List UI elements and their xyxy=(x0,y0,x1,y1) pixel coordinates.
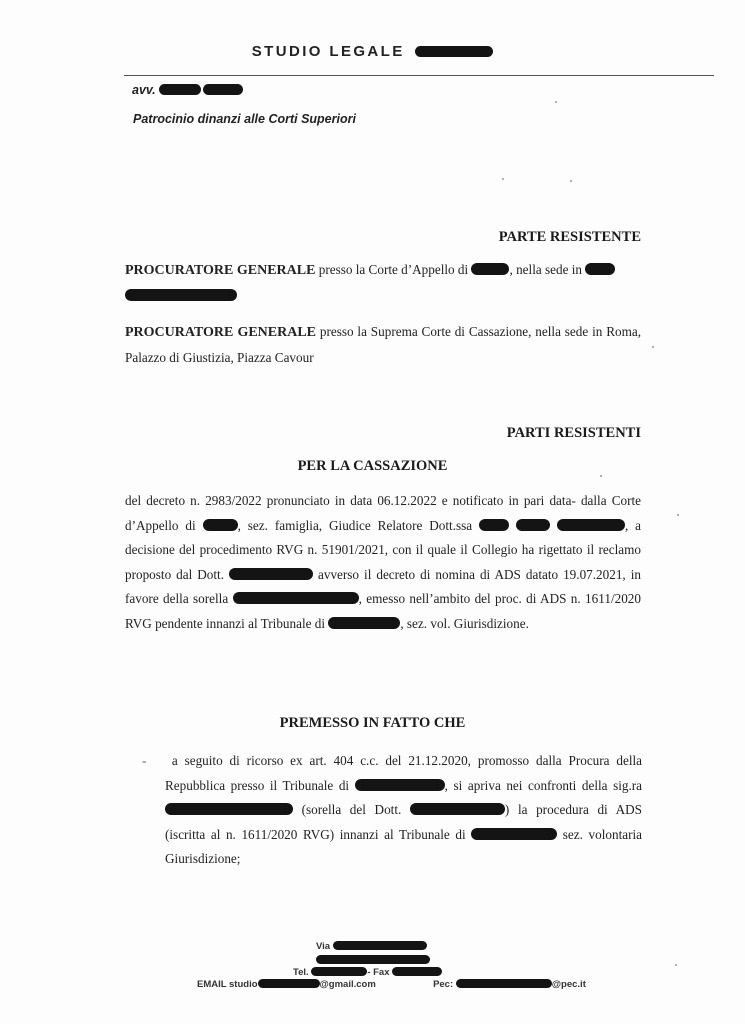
entry-2-bold: PROCURATORE GENERALE xyxy=(125,325,316,340)
redacted-claimant-name xyxy=(410,803,505,815)
scan-speck xyxy=(675,964,677,966)
parte-resistente-entry-1: PROCURATORE GENERALE presso la Corte d’A… xyxy=(125,258,641,308)
redacted-judge-middle-name xyxy=(516,519,550,531)
bullet-dash: - xyxy=(142,753,146,769)
scan-speck xyxy=(600,475,602,477)
redacted-email-user xyxy=(258,979,320,988)
entry-1-text-2: , nella sede in xyxy=(509,262,585,277)
heading-per-la-cassazione: PER LA CASSAZIONE xyxy=(0,458,745,475)
premesso-paragraph: a seguito di ricorso ex art. 404 c.c. de… xyxy=(165,749,642,872)
redacted-sister-name xyxy=(165,803,293,815)
redacted-city xyxy=(471,263,509,275)
pec-domain: @pec.it xyxy=(552,979,586,990)
document-page: STUDIO LEGALE avv. Patrocinio dinanzi al… xyxy=(0,0,745,1024)
pec-label: Pec: xyxy=(433,979,453,990)
redacted-city xyxy=(203,519,238,531)
scan-speck xyxy=(652,346,654,348)
footer-phone-line: Tel. - Fax xyxy=(0,967,745,978)
redacted-phone xyxy=(311,967,367,976)
redacted-studio-name xyxy=(415,46,493,57)
letterhead-title: STUDIO LEGALE xyxy=(0,43,745,60)
footer-address-line: Via xyxy=(0,941,745,952)
redacted-tribunal-city xyxy=(471,828,557,840)
lawyer-prefix: avv. xyxy=(132,83,156,97)
redacted-judge-first-name xyxy=(479,519,509,531)
redacted-sede xyxy=(585,263,615,275)
heading-parti-resistenti: PARTI RESISTENTI xyxy=(507,425,641,442)
footer-email-line: EMAIL studio@gmail.com Pec: @pec.it xyxy=(0,979,745,990)
redacted-lawyer-last-name xyxy=(203,84,243,95)
redacted-city-zip xyxy=(316,955,430,964)
redacted-tribunal-city xyxy=(355,779,445,791)
scan-speck xyxy=(570,180,572,182)
heading-parte-resistente: PARTE RESISTENTE xyxy=(499,229,641,246)
lawyer-name: avv. xyxy=(132,83,243,97)
entry-1-bold: PROCURATORE GENERALE xyxy=(125,263,315,278)
premesso-text-3: (sorella del Dott. xyxy=(293,802,410,817)
scan-speck xyxy=(555,101,557,103)
footer-address-line-2 xyxy=(0,955,745,966)
redacted-fax xyxy=(392,967,442,976)
redacted-pec-user xyxy=(456,979,552,988)
cassazione-text-6: , sez. vol. Giurisdizione. xyxy=(400,616,529,631)
redacted-judge-last-name xyxy=(557,519,625,531)
redacted-address xyxy=(125,289,237,301)
redacted-tribunal-city xyxy=(328,617,400,629)
redacted-claimant-name xyxy=(229,568,313,580)
redacted-sister-name xyxy=(233,592,359,604)
email-domain: @gmail.com xyxy=(320,979,376,990)
cassazione-text-2: , sez. famiglia, Giudice Relatore Dott.s… xyxy=(238,518,479,533)
studio-name: STUDIO LEGALE xyxy=(252,43,405,60)
premesso-text-2: , si apriva nei confronti della sig.ra xyxy=(445,778,642,793)
scan-speck xyxy=(502,178,504,180)
entry-1-text-1: presso la Corte d’Appello di xyxy=(315,262,471,277)
scan-speck xyxy=(677,514,679,516)
letterhead-tagline: Patrocinio dinanzi alle Corti Superiori xyxy=(133,112,356,126)
redacted-street xyxy=(333,941,427,950)
cassazione-paragraph: del decreto n. 2983/2022 pronunciato in … xyxy=(125,489,641,636)
tel-label: Tel. xyxy=(293,967,309,978)
heading-premesso-in-fatto-che: PREMESSO IN FATTO CHE xyxy=(0,715,745,732)
fax-label: - Fax xyxy=(367,967,389,978)
parte-resistente-entry-2: PROCURATORE GENERALE presso la Suprema C… xyxy=(125,320,641,370)
via-label: Via xyxy=(316,941,330,952)
redacted-lawyer-first-name xyxy=(159,84,201,95)
letterhead-rule xyxy=(124,75,714,76)
email-label: EMAIL studio xyxy=(197,979,258,990)
